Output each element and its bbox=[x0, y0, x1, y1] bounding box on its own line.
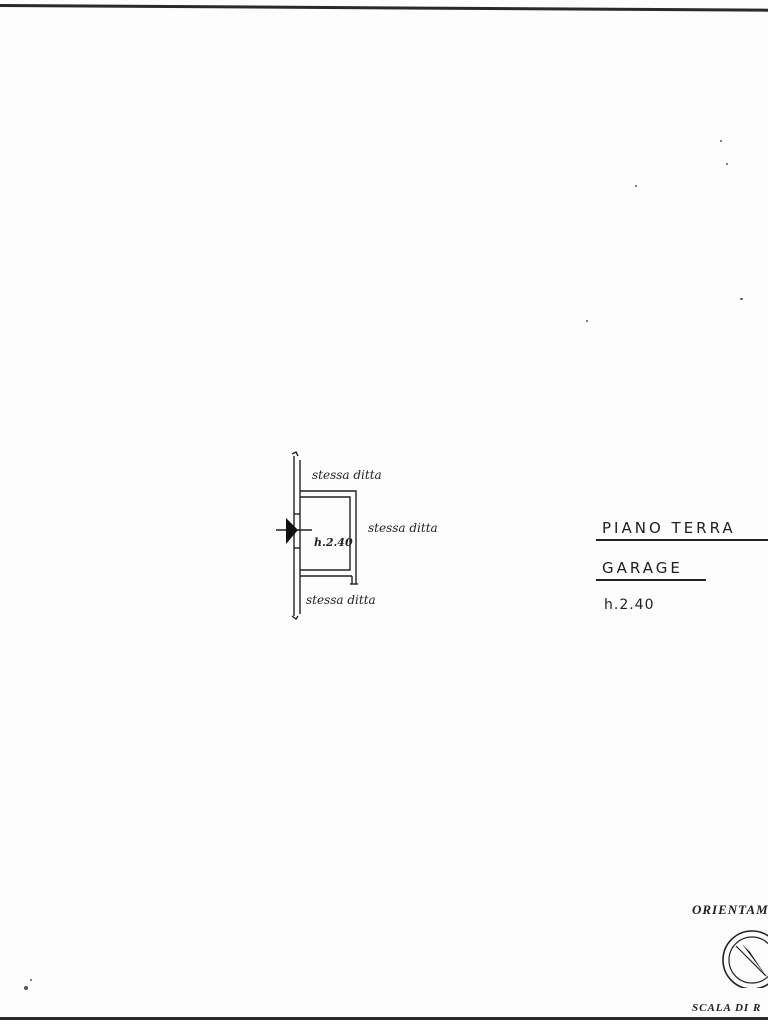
scan-speck bbox=[30, 979, 32, 981]
scan-speck bbox=[24, 986, 28, 990]
garage-floor-plan: stessa ditta stessa ditta stessa ditta h… bbox=[270, 448, 480, 628]
scan-speck bbox=[720, 140, 722, 142]
scan-speck bbox=[586, 320, 588, 322]
scale-label: SCALA DI R bbox=[692, 1002, 761, 1014]
sheet-border-bottom bbox=[0, 1017, 768, 1020]
floor-label: PIANO TERRA bbox=[602, 519, 736, 537]
entrance-arrow-icon bbox=[286, 518, 298, 544]
height-label: h.2.40 bbox=[604, 597, 655, 613]
scan-speck bbox=[740, 298, 743, 300]
room-type-underline bbox=[596, 579, 706, 581]
room-type-label: GARAGE bbox=[602, 559, 683, 577]
north-arrow-icon bbox=[720, 928, 768, 992]
scan-speck bbox=[726, 163, 728, 165]
sheet-border-top bbox=[0, 4, 768, 12]
neighbor-right-label: stessa ditta bbox=[368, 521, 438, 535]
orientation-label: ORIENTAM bbox=[692, 902, 768, 918]
floor-underline bbox=[596, 539, 768, 541]
scan-speck bbox=[635, 185, 637, 187]
neighbor-bottom-label: stessa ditta bbox=[306, 593, 376, 607]
neighbor-top-label: stessa ditta bbox=[312, 468, 382, 482]
room-height-label: h.2.40 bbox=[314, 536, 353, 549]
